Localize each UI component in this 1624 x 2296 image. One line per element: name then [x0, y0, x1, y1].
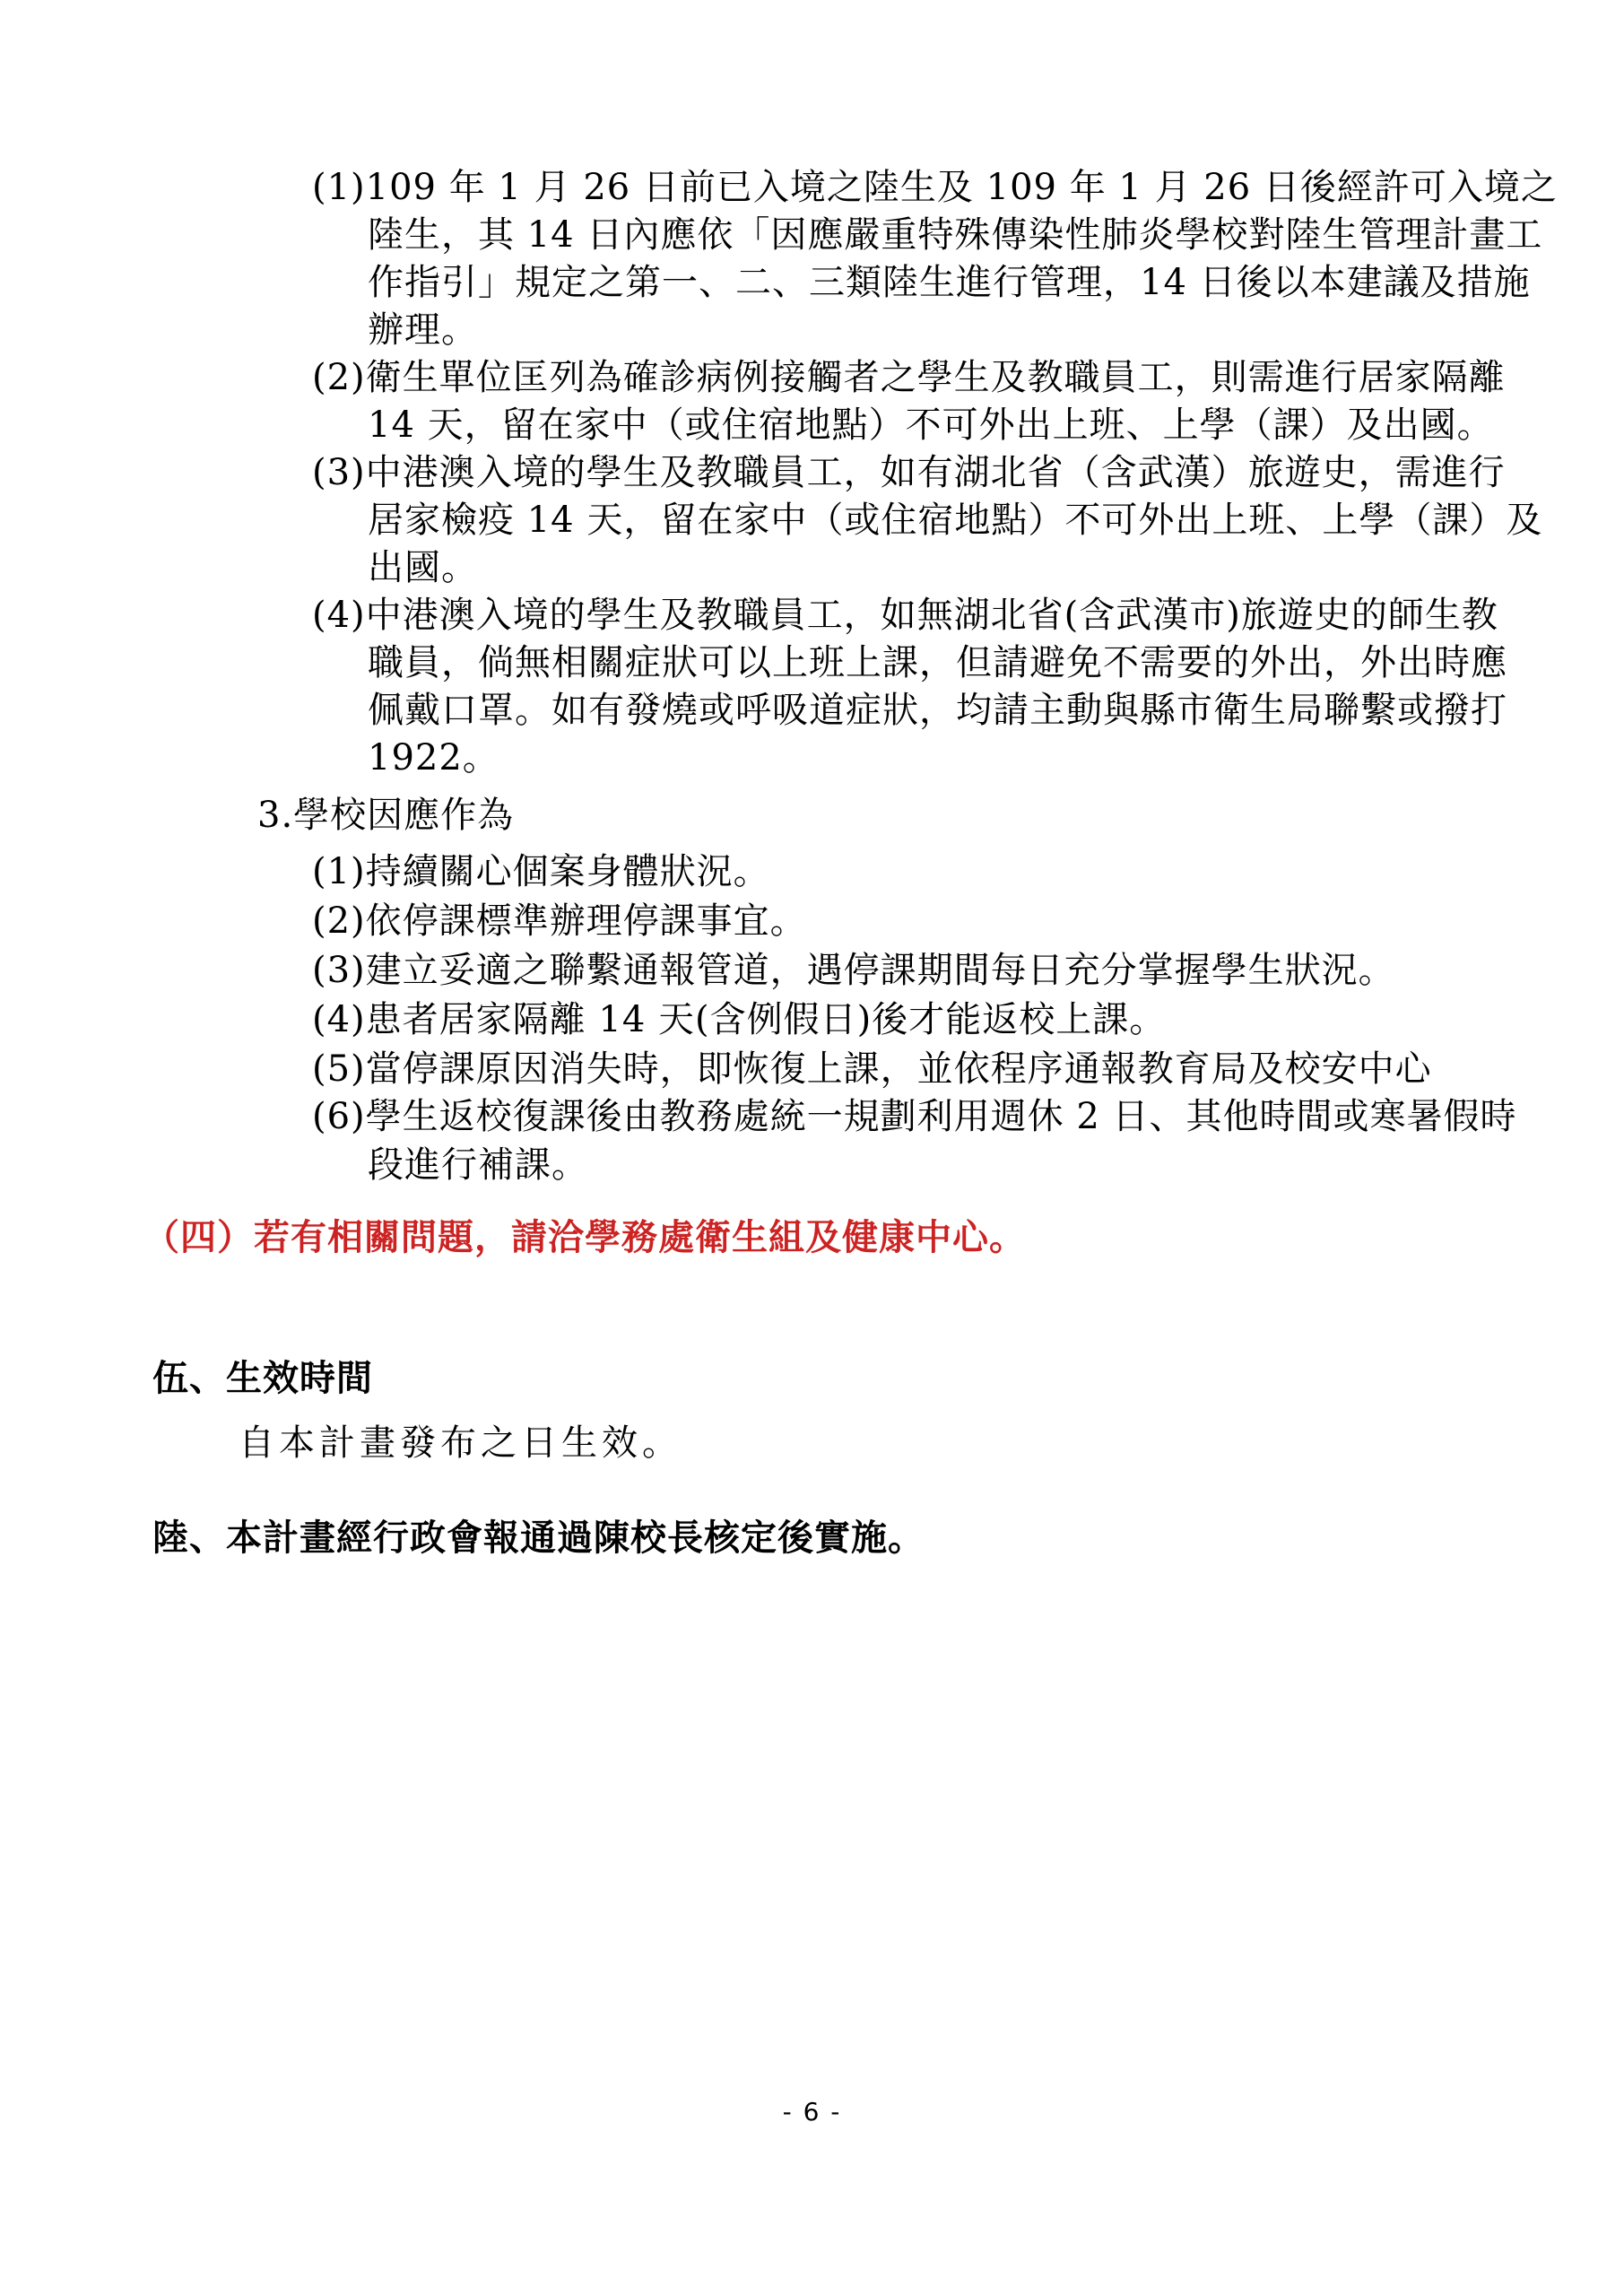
document-page: (1)109 年 1 月 26 日前已入境之陸生及 109 年 1 月 26 日…	[0, 0, 1624, 2296]
rule-item-3-line-2: 居家檢疫 14 天，留在家中（或住宿地點）不可外出上班、上學（課）及	[368, 497, 1542, 544]
rule-item-1-line-1: (1)109 年 1 月 26 日前已入境之陸生及 109 年 1 月 26 日…	[312, 164, 1558, 212]
response-item-6-line-2: 段進行補課。	[368, 1142, 588, 1189]
response-item-1: (1)持續關心個案身體狀況。	[312, 848, 770, 896]
contact-note: （四）若有相關問題，請洽學務處衛生組及健康中心。	[143, 1213, 1026, 1261]
rule-item-1-line-3: 作指引」規定之第一、二、三類陸生進行管理，14 日後以本建議及措施	[368, 259, 1531, 307]
section-5-heading: 伍、生效時間	[152, 1354, 373, 1402]
rule-item-1-line-2: 陸生，其 14 日內應依「因應嚴重特殊傳染性肺炎學校對陸生管理計畫工	[368, 212, 1542, 259]
rule-item-3-line-1: (3)中港澳入境的學生及教職員工，如有湖北省（含武漢）旅遊史，需進行	[312, 449, 1506, 497]
response-item-3: (3)建立妥適之聯繫通報管道，遇停課期間每日充分掌握學生狀況。	[312, 947, 1395, 995]
rule-item-4-line-4: 1922。	[368, 735, 499, 782]
rule-item-4-line-1: (4)中港澳入境的學生及教職員工，如無湖北省(含武漢市)旅遊史的師生教	[312, 592, 1498, 639]
response-item-4: (4)患者居家隔離 14 天(含例假日)後才能返校上課。	[312, 996, 1166, 1044]
rule-item-2-line-2: 14 天，留在家中（或住宿地點）不可外出上班、上學（課）及出國。	[368, 402, 1494, 449]
rule-item-2-line-1: (2)衛生單位匡列為確診病例接觸者之學生及教職員工，則需進行居家隔離	[312, 354, 1506, 402]
section-6-heading: 陸、本計畫經行政會報通過陳校長核定後實施。	[152, 1514, 925, 1561]
rule-item-4-line-3: 佩戴口罩。如有發燒或呼吸道症狀，均請主動與縣市衛生局聯繫或撥打	[368, 687, 1507, 735]
response-item-2: (2)依停課標準辦理停課事宜。	[312, 898, 807, 945]
rule-item-3-line-3: 出國。	[368, 544, 478, 592]
response-item-5: (5)當停課原因消失時，即恢復上課，並依程序通報教育局及校安中心	[312, 1046, 1432, 1093]
section-5-body: 自本計畫發布之日生效。	[239, 1420, 682, 1467]
page-number: - 6 -	[0, 2097, 1624, 2126]
school-response-heading: 3.學校因應作為	[257, 792, 514, 839]
rule-item-4-line-2: 職員，倘無相關症狀可以上班上課，但請避免不需要的外出，外出時應	[368, 639, 1507, 687]
response-item-6-line-1: (6)學生返校復課後由教務處統一規劃利用週休 2 日、其他時間或寒暑假時	[312, 1093, 1517, 1141]
rule-item-1-line-4: 辦理。	[368, 307, 478, 354]
